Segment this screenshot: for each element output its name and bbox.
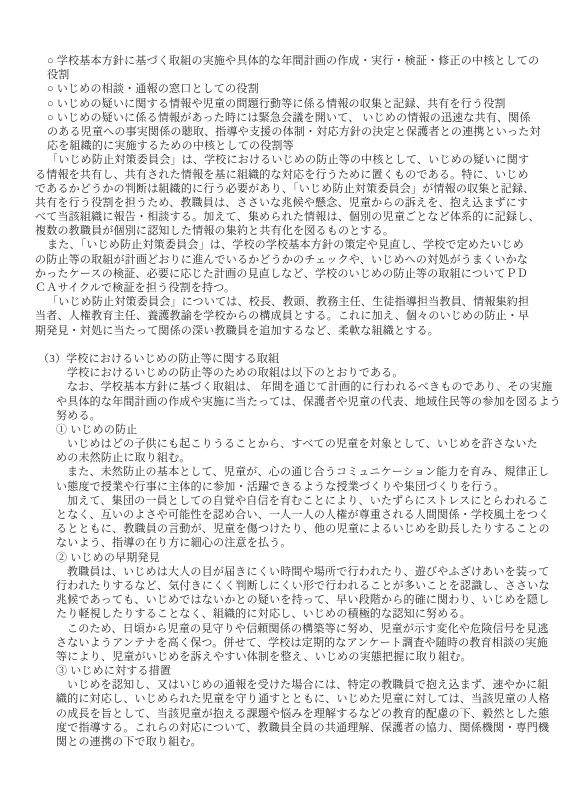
document-line: い態度で授業や行事に主体的に参加・活躍できるような授業づくりや集団づくりを行う。 — [35, 480, 555, 494]
document-text-body: ○ 学校基本方針に基づく取組の実施や具体的な年間計画の作成・実行・検証・修正の中… — [35, 54, 555, 749]
document-line: ＣＡサイクルで検証を担う役割を持つ。 — [35, 281, 555, 295]
document-page: ○ 学校基本方針に基づく取組の実施や具体的な年間計画の作成・実行・検証・修正の中… — [0, 0, 566, 800]
document-line: 度で指導する。これらの対応について、教職員全員の共通理解、保護者の協力、関係機関… — [35, 721, 555, 735]
document-line: いじめはどの子供にも起こりうることから、すべての児童を対象として、いじめを許さな… — [35, 437, 555, 451]
document-line: 学校におけるいじめの防止等のための取組は以下のとおりである。 — [35, 366, 555, 380]
document-line: また、「いじめ防止対策委員会」は、学校の学校基本方針の策定や見直し、学校で定めた… — [35, 238, 555, 252]
document-line: 応を組織的に実施するための中核としての役割等 — [35, 139, 555, 153]
document-line: 加えて、集団の一員としての自覚や自信を育むことにより、いたずらにストレスにとらわ… — [35, 494, 555, 508]
document-line: となく、互いのよさや可能性を認め合い、一人一人の人権が尊重される人間関係・学校風… — [35, 508, 555, 522]
document-line: べて当該組織に報告・相談する。加えて、集められた情報は、個別の児童ごとなど体系的… — [35, 210, 555, 224]
document-line: めの未然防止に取り組む。 — [35, 451, 555, 465]
document-line: 教職員は、いじめは大人の目が届きにくい時間や場所で行われたり、遊びやふざけあいを… — [35, 565, 555, 579]
document-line: 期発見・対処に当たって関係の深い教職員を追加するなど、柔軟な組織とする。 — [35, 324, 555, 338]
document-line: 共有を行う役割を担うため、教職員は、ささいな兆候や懸念、児童からの訴えを、抱え込… — [35, 196, 555, 210]
document-line: 関との連携の下で取り組む。 — [35, 735, 555, 749]
document-line: なお、学校基本方針に基づく取組は、 年間を通じて計画的に行われるべきものであり、… — [35, 380, 555, 394]
document-line: ○ 学校基本方針に基づく取組の実施や具体的な年間計画の作成・実行・検証・修正の中… — [35, 54, 555, 68]
document-line: （3）学校におけるいじめの防止等に関する取組 — [35, 352, 555, 366]
document-line: いじめを認知し、又はいじめの通報を受けた場合には、特定の教職員で抱え込まず、速や… — [35, 678, 555, 692]
document-line: たり軽視したりすることなく、組織的に対応し、いじめの積極的な認知に努める。 — [35, 607, 555, 621]
document-line: であるかどうかの判断は組織的に行う必要があり、「いじめ防止対策委員会」が情報の収… — [35, 182, 555, 196]
blank-line — [35, 338, 555, 352]
document-line: ○ いじめの疑いに係る情報があった時には緊急会議を開いて、 いじめの情報の迅速な… — [35, 111, 555, 125]
document-line: る情報を共有し、共有された情報を基に組織的な対応を行うために置くものである。特に… — [35, 168, 555, 182]
document-line: ○ いじめの相談・通報の窓口としての役割 — [35, 82, 555, 96]
document-line: このため、日頃から児童の見守りや信頼関係の構築等に努め、児童が示す変化や危険信号… — [35, 622, 555, 636]
document-line: 当者、人権教育主任、養護教諭を学校からの構成員とする。これに加え、個々のいじめの… — [35, 309, 555, 323]
document-line: 努める。 — [35, 409, 555, 423]
document-line: や具体的な年間計画の作成や実施に当たっては、保護者や児童の代表、地域住民等の参加… — [35, 395, 555, 409]
document-line: ① いじめの防止 — [35, 423, 555, 437]
document-line: 役割 — [35, 68, 555, 82]
document-line: また、未然防止の基本として、児童が、心の通じ合うコミュニケーション能力を育み、規… — [35, 465, 555, 479]
document-line: ② いじめの早期発見 — [35, 551, 555, 565]
document-line: 複数の教職員が個別に認知した情報の集約と共有化を図るものとする。 — [35, 224, 555, 238]
document-line: るとともに、教職員の言動が、児童を傷つけたり、他の児童によるいじめを助長したりす… — [35, 522, 555, 536]
document-line: かったケースの検証、必要に応じた計画の見直しなど、学校のいじめの防止等の取組につ… — [35, 267, 555, 281]
document-line: 「いじめ防止対策委員会」については、校長、教頭、教務主任、生徒指導担当教員、情報… — [35, 295, 555, 309]
document-line: ③ いじめに対する措置 — [35, 664, 555, 678]
document-line: の成長を旨として、当該児童が抱える課題や悩みを理解するなどの教育的配慮の下、毅然… — [35, 707, 555, 721]
document-line: 行われたりするなど、気付きにくく判断しにくい形で行われることが多いことを認識し、… — [35, 579, 555, 593]
document-line: 「いじめ防止対策委員会」は、学校におけるいじめの防止等の中核として、いじめの疑い… — [35, 153, 555, 167]
document-line: の防止等の取組が計画どおりに進んでいるかどうかのチェックや、いじめへの対処がうま… — [35, 253, 555, 267]
document-line: 織的に対応し、いじめられた児童を守り通すとともに、いじめた児童に対しては、当該児… — [35, 692, 555, 706]
document-line: さないようアンテナを高く保つ。併せて、学校は定期的なアンケート調査や随時の教育相… — [35, 636, 555, 650]
document-line: ないよう、指導の在り方に細心の注意を払う。 — [35, 536, 555, 550]
document-line: ○ いじめの疑いに関する情報や児童の問題行動等に係る情報の収集と記録、共有を行う… — [35, 97, 555, 111]
document-line: 等により、児童がいじめを訴えやすい体制を整え、いじめの実態把握に取り組む。 — [35, 650, 555, 664]
document-line: 兆候であっても、いじめではないかとの疑いを持って、早い段階から的確に関わり、いじ… — [35, 593, 555, 607]
document-line: のある児童への事実関係の聴取、指導や支援の体制・対応方針の決定と保護者との連携と… — [35, 125, 555, 139]
